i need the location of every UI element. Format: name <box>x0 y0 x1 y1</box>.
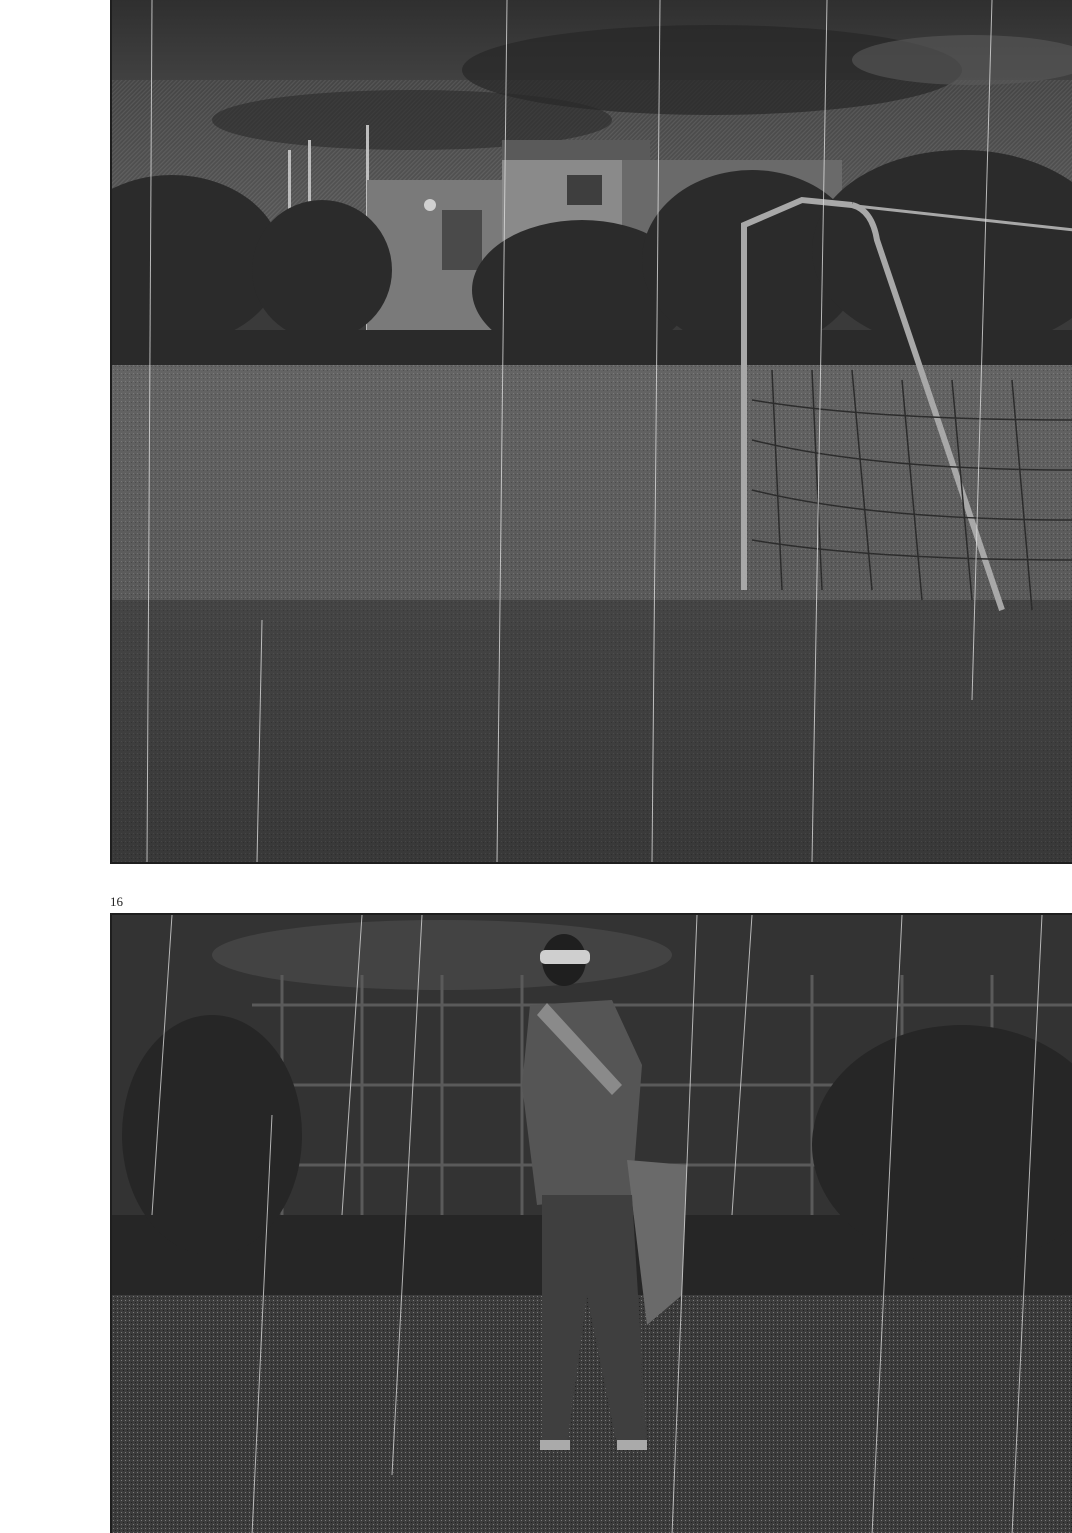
clock-emblem <box>424 199 436 211</box>
school-field-illustration <box>112 0 1072 862</box>
foot <box>617 1440 647 1450</box>
figure-in-rain-illustration <box>112 915 1072 1533</box>
goggles-icon <box>540 950 590 964</box>
foot <box>540 1440 570 1450</box>
page-number: 16 <box>110 895 123 908</box>
manga-panel-figure-in-rain <box>110 913 1072 1533</box>
manga-panel-school-field <box>110 0 1072 864</box>
jacket <box>522 1000 642 1205</box>
grass-ground <box>112 1295 1072 1533</box>
